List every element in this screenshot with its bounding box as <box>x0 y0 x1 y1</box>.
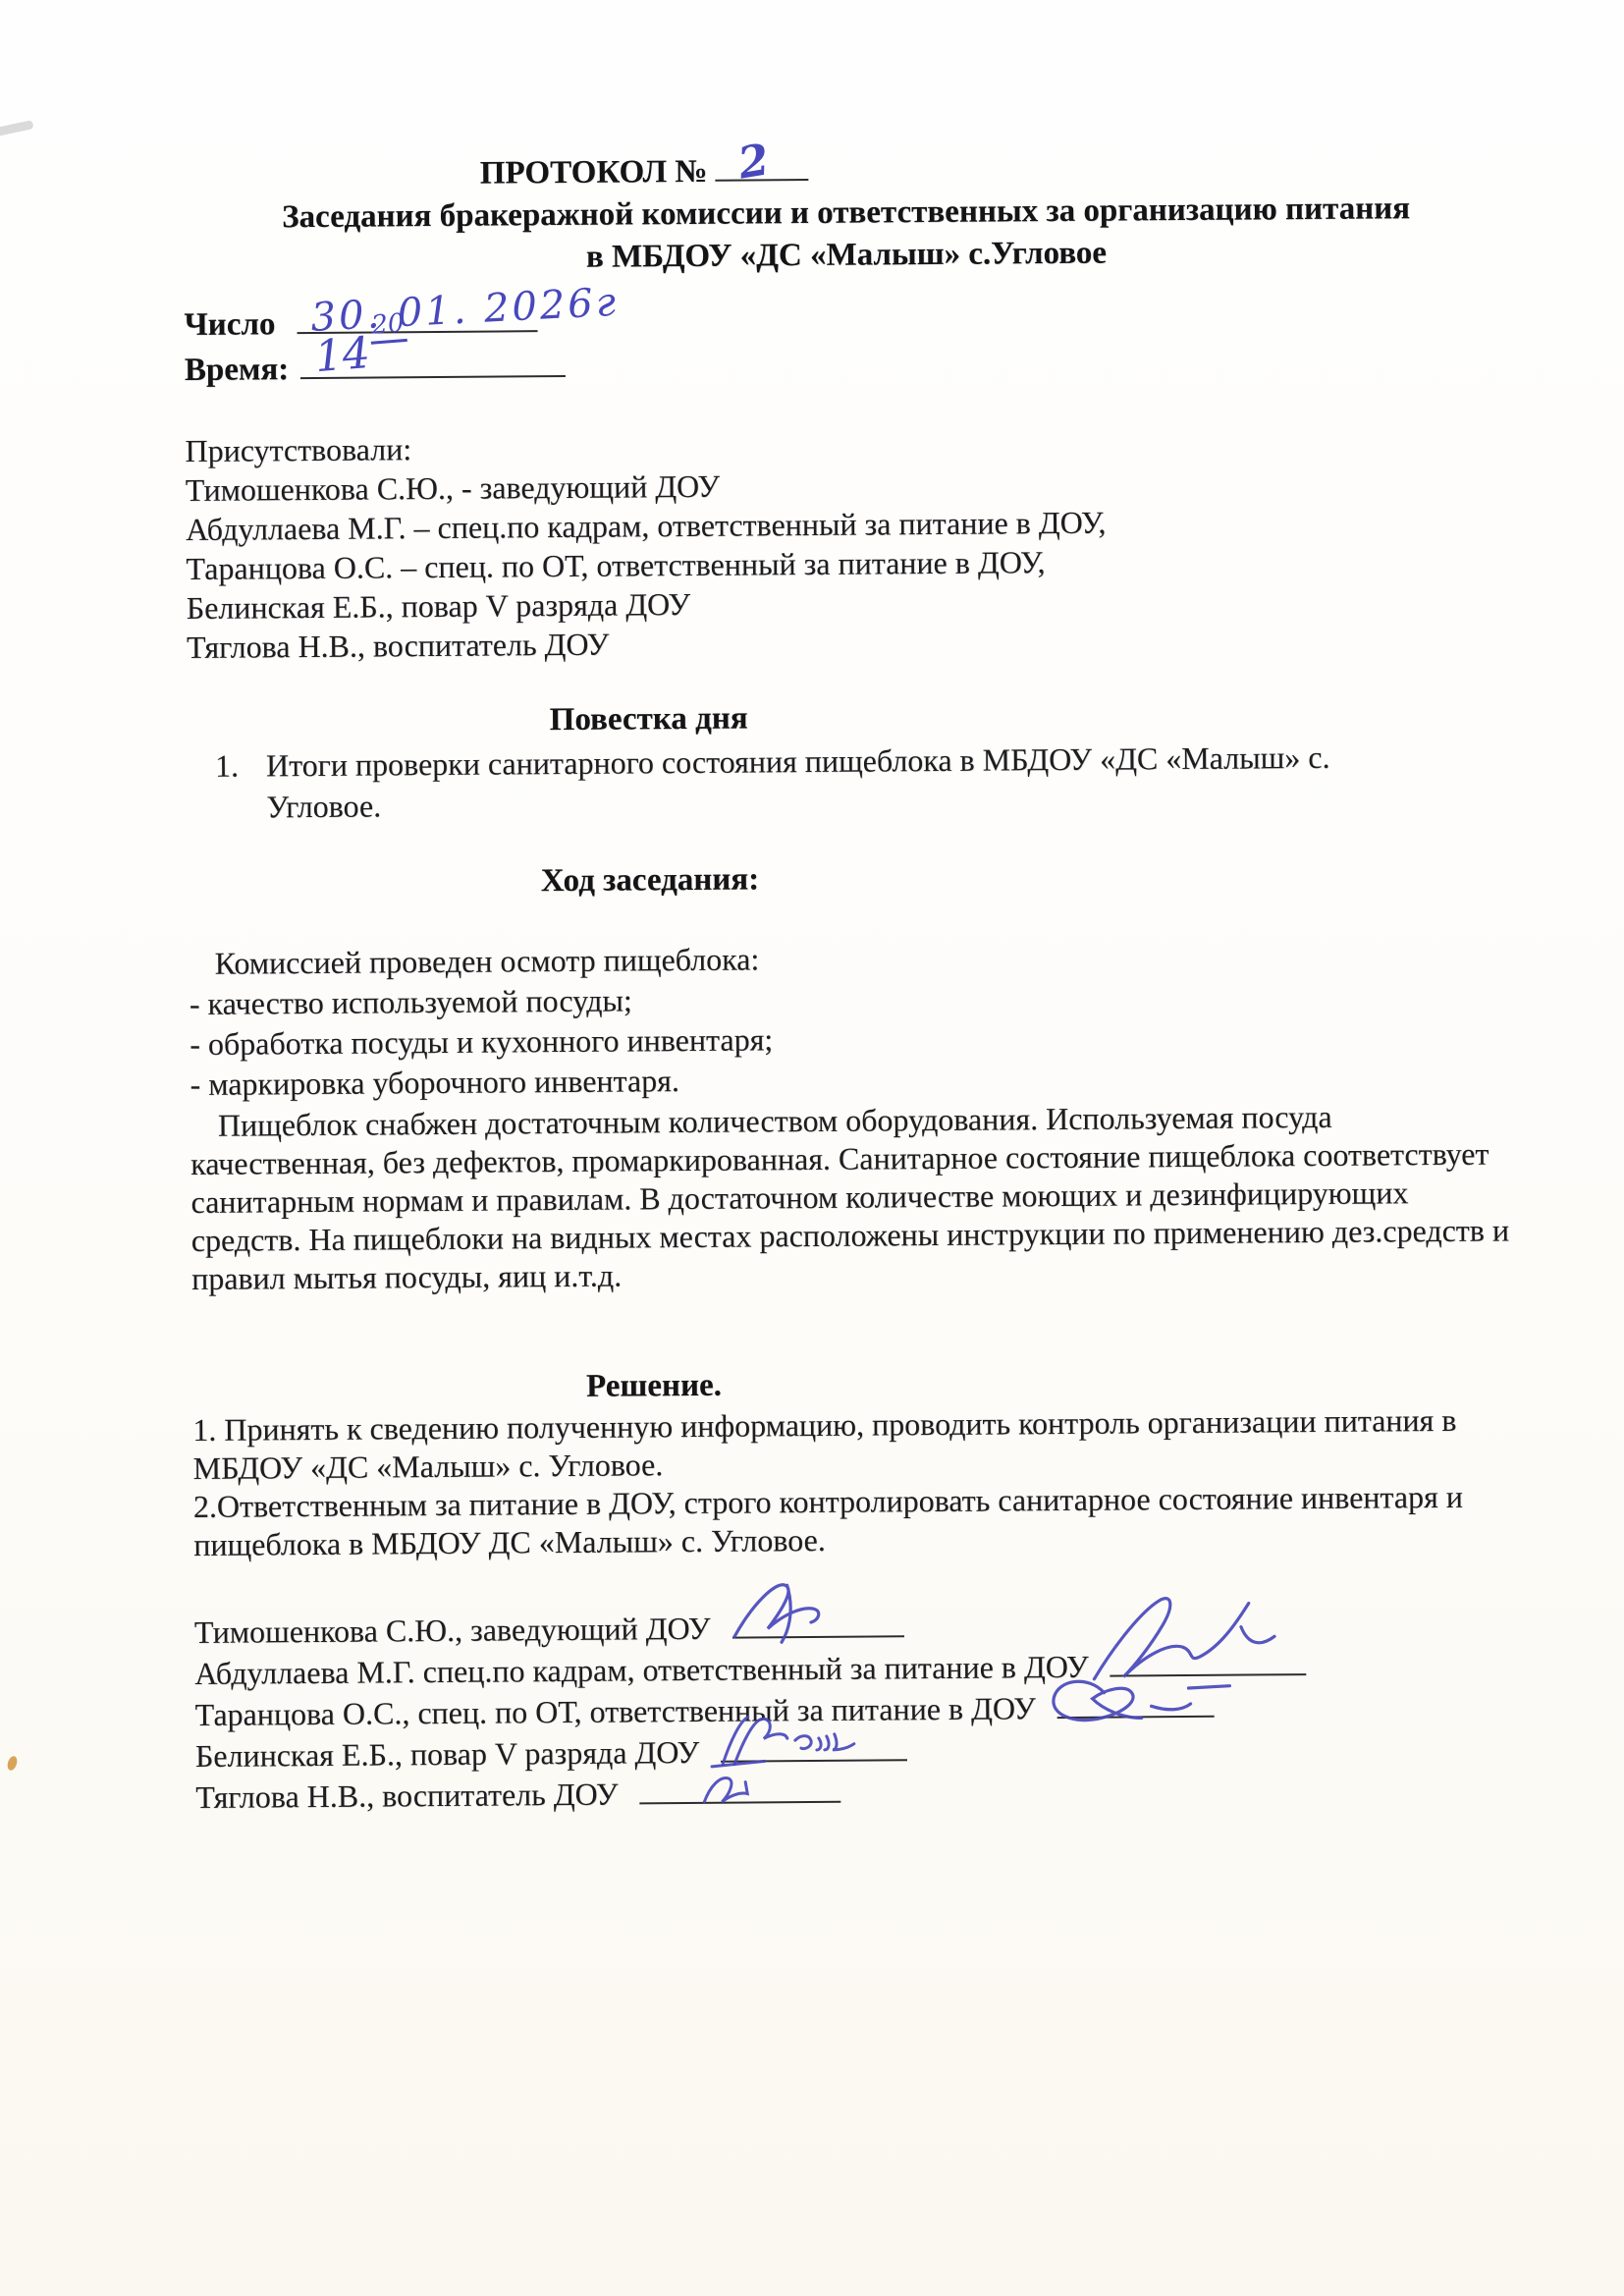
attendees-block: Присутствовали: Тимошенкова С.Ю., - заве… <box>185 420 1622 667</box>
agenda-item: 1. Итоги проверки санитарного состояния … <box>188 735 1624 828</box>
agenda-block: Повестка дня 1. Итоги проверки санитарно… <box>188 691 1624 828</box>
signature-label: Таранцова О.С., спец. по ОТ, ответственн… <box>194 1690 1036 1732</box>
protocol-number-handwritten: 2 <box>735 138 772 185</box>
time-hours: 14 <box>313 328 372 382</box>
signature-line <box>1110 1640 1307 1677</box>
decision-block: Решение. 1. Принять к сведению полученну… <box>192 1357 1624 1563</box>
proceedings-block: Ход заседания: Комиссией проведен осмотр… <box>189 852 1624 1298</box>
document-content: ПРОТОКОЛ № 2 Заседания бракеражной комис… <box>0 0 1624 1815</box>
time-row: Время: 1420 <box>185 334 1620 390</box>
date-label: Число <box>184 306 275 343</box>
signature-line <box>721 1725 907 1762</box>
decision-item: 1. Принять к сведению полученную информа… <box>192 1400 1519 1488</box>
protocol-title-row: ПРОТОКОЛ № 2 <box>183 143 1106 197</box>
signature-line <box>731 1602 903 1638</box>
time-label: Время: <box>185 352 290 388</box>
proceedings-summary: Пищеблок снабжен достаточным количеством… <box>190 1096 1517 1298</box>
agenda-item-text: Итоги проверки санитарного состояния пищ… <box>266 736 1445 827</box>
time-minutes-superscript: 20 <box>369 308 408 345</box>
time-line: 1420 <box>300 342 566 379</box>
scanned-protocol-page: ПРОТОКОЛ № 2 Заседания бракеражной комис… <box>0 0 1624 2296</box>
decision-item: 2.Ответственным за питание в ДОУ, строго… <box>193 1477 1520 1564</box>
signatures-block: Тимошенкова С.Ю., заведующий ДОУ Абдулла… <box>194 1596 1624 1813</box>
protocol-number-line: 2 <box>716 145 809 182</box>
agenda-item-number: 1. <box>215 745 245 828</box>
signature-label: Тимошенкова С.Ю., заведующий ДОУ <box>194 1611 711 1650</box>
signature-label: Тяглова Н.В., воспитатель ДОУ <box>195 1777 619 1815</box>
signature-line <box>639 1768 840 1805</box>
decision-heading: Решение. <box>192 1362 1115 1410</box>
signature-label: Белинская Е.Б., повар V разряда ДОУ <box>195 1734 700 1774</box>
signature-line <box>1057 1682 1215 1719</box>
agenda-heading: Повестка дня <box>188 695 1110 743</box>
signature-ink-scribble <box>724 1573 842 1655</box>
time-handwritten: 1420 <box>311 301 410 380</box>
meta-block: Число 30. 01. 2026г Время: 1420 <box>184 289 1620 390</box>
proceedings-heading: Ход заседания: <box>189 856 1111 904</box>
protocol-title-label: ПРОТОКОЛ № <box>480 154 708 191</box>
